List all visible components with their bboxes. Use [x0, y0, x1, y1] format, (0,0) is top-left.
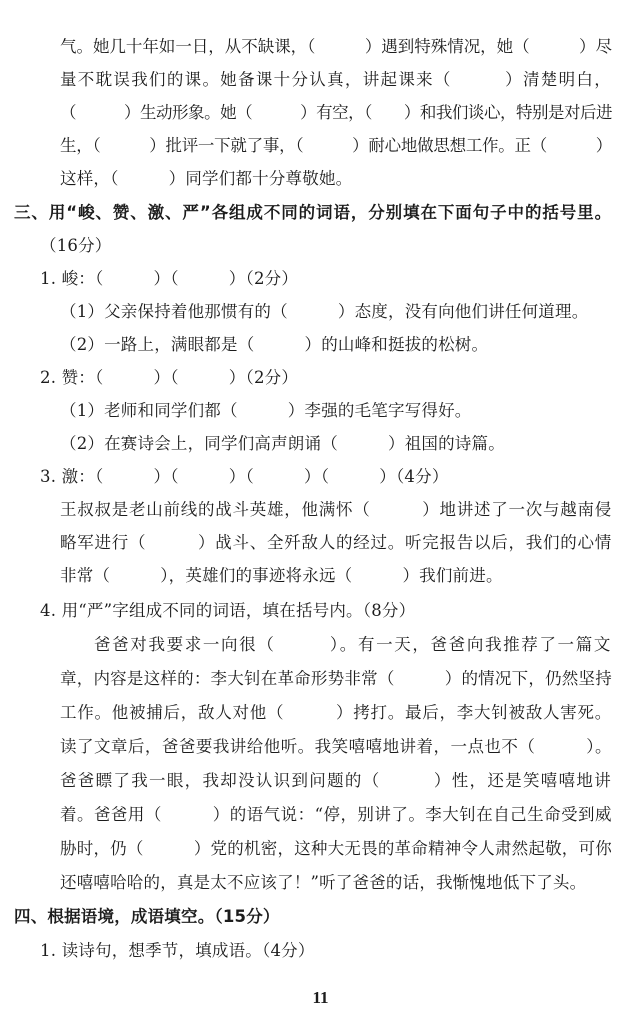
section-4-heading: 四、根据语境，成语填空。（15分）: [14, 906, 280, 928]
q4-line-8: 还嘻嘻哈哈的，真是太不应该了！”听了爸爸的话，我惭愧地低下了头。: [60, 872, 586, 894]
q4-line-4: 读了文章后，爸爸要我讲给他听。我笑嘻嘻地讲着，一点也不（ ）。: [60, 736, 612, 758]
q4-line-6: 着。爸爸用（ ）的语气说：“停，别讲了。李大钊在自己生命受到威: [60, 804, 612, 826]
worksheet-page: 气。她几十年如一日，从不缺课，（ ）遇到特殊情况，她（ ）尽 量不耽误我们的课。…: [0, 0, 641, 1014]
section-4-q1-prompt: 1. 读诗句，想季节，填成语。（4分）: [40, 940, 315, 962]
q3-line-3: 非常（ ），英雄们的事迹将永远（ ）我们前进。: [60, 565, 503, 587]
q1-prompt: 1. 峻：（ ）（ ）（2分）: [40, 268, 298, 290]
q1-item-2: （2）一路上，满眼都是（ ）的山峰和挺拔的松树。: [60, 334, 488, 356]
page-number: 11: [0, 988, 641, 1008]
q4-line-5: 爸爸瞟了我一眼，我却没认识到问题的（ ）性，还是笑嘻嘻地讲: [60, 770, 612, 792]
q4-line-3: 工作。他被捕后，敌人对他（ ）拷打。最后，李大钊被敌人害死。: [60, 702, 612, 724]
passage-line-1: 气。她几十年如一日，从不缺课，（ ）遇到特殊情况，她（ ）尽: [60, 36, 612, 58]
q4-line-7: 胁时，仍（ ）党的机密，这种大无畏的革命精神令人肃然起敬，可你: [60, 838, 612, 860]
q1-item-1: （1）父亲保持着他那惯有的（ ）态度，没有向他们讲任何道理。: [60, 301, 588, 323]
q3-line-2: 略军进行（ ）战斗、全歼敌人的经过。听完报告以后，我们的心情: [60, 532, 612, 554]
passage-line-4: 生，（ ）批评一下就了事，（ ）耐心地做思想工作。正（ ）: [60, 135, 612, 157]
q3-line-1: 王叔叔是老山前线的战斗英雄，他满怀（ ）地讲述了一次与越南侵: [60, 499, 612, 521]
q4-prompt: 4. 用“严”字组成不同的词语，填在括号内。（8分）: [40, 600, 415, 622]
passage-line-3: （ ）生动形象。她（ ）有空，（ ）和我们谈心，特别是对后进: [60, 102, 612, 124]
q3-prompt: 3. 激：（ ）（ ）（ ）（ ）（4分）: [40, 466, 449, 488]
passage-line-2: 量不耽误我们的课。她备课十分认真，讲起课来（ ）清楚明白，: [60, 69, 612, 91]
q2-item-2: （2）在赛诗会上，同学们高声朗诵（ ）祖国的诗篇。: [60, 433, 505, 455]
passage-line-5: 这样，（ ）同学们都十分尊敬她。: [60, 168, 352, 190]
q4-line-2: 章，内容是这样的：李大钊在革命形势非常（ ）的情况下，仍然坚持: [60, 668, 612, 690]
q2-item-1: （1）老师和同学们都（ ）李强的毛笔字写得好。: [60, 400, 472, 422]
q2-prompt: 2. 赞：（ ）（ ）（2分）: [40, 367, 298, 389]
section-3-heading: 三、用“峻、赞、激、严”各组成不同的词语，分别填在下面句子中的括号里。: [14, 202, 612, 224]
q4-line-1: 爸爸对我要求一向很（ ）。有一天，爸爸向我推荐了一篇文: [94, 634, 612, 656]
section-3-points: （16分）: [40, 235, 112, 257]
